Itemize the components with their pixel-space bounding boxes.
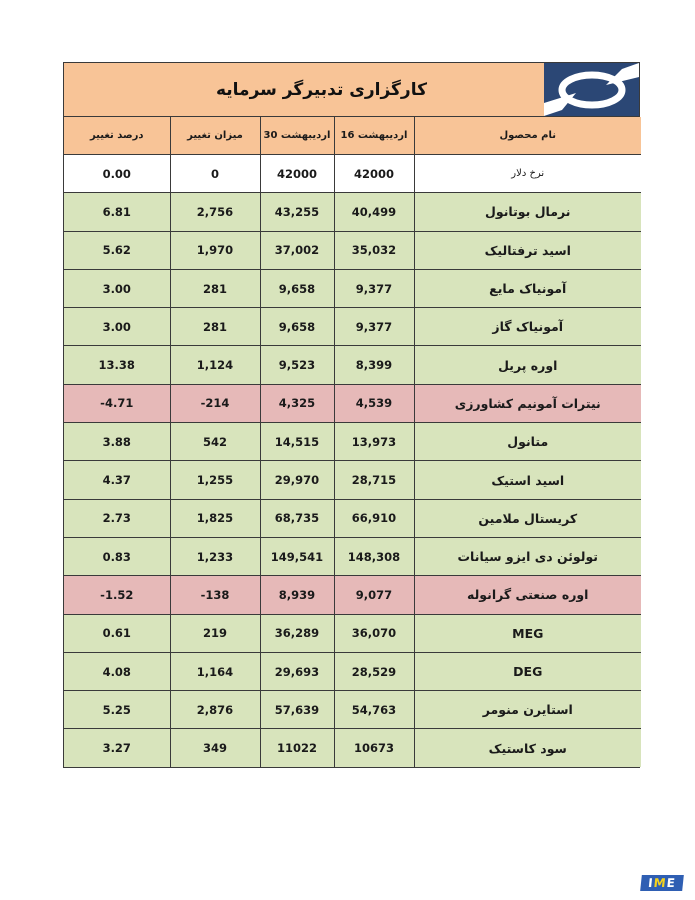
amount-change-cell: 2,756: [170, 193, 260, 231]
tadbirgar-logo-icon: [544, 63, 639, 116]
col-product-name: نام محصول: [414, 117, 641, 155]
percent-change-cell: 6.81: [64, 193, 170, 231]
price-date-16-cell: 42000: [334, 155, 414, 193]
amount-change-cell: 281: [170, 308, 260, 346]
amount-change-cell: 1,825: [170, 499, 260, 537]
product-name-cell: اوره پریل: [414, 346, 641, 384]
percent-change-cell: 0.83: [64, 537, 170, 575]
price-date-30-cell: 9,523: [260, 346, 334, 384]
table-row: -4.71-2144,3254,539نیترات آمونیم کشاورزی: [64, 384, 641, 422]
amount-change-cell: 1,233: [170, 537, 260, 575]
price-table: درصد تغییر میزان تغییر اردیبهشت 30 اردیب…: [64, 117, 641, 767]
table-row: 3.273491102210673سود کاستیک: [64, 729, 641, 767]
table-row: 0.831,233149,541148,308تولوئن دی ایزو سی…: [64, 537, 641, 575]
price-date-16-cell: 8,399: [334, 346, 414, 384]
table-row: 0.0004200042000نرخ دلار: [64, 155, 641, 193]
percent-change-cell: 3.00: [64, 269, 170, 307]
price-date-30-cell: 8,939: [260, 576, 334, 614]
amount-change-cell: -214: [170, 384, 260, 422]
percent-change-cell: 0.00: [64, 155, 170, 193]
percent-change-cell: 2.73: [64, 499, 170, 537]
table-row: 13.381,1249,5238,399اوره پریل: [64, 346, 641, 384]
col-amount-change: میزان تغییر: [170, 117, 260, 155]
product-name-cell: سود کاستیک: [414, 729, 641, 767]
amount-change-cell: 281: [170, 269, 260, 307]
price-date-16-cell: 54,763: [334, 691, 414, 729]
percent-change-cell: -1.52: [64, 576, 170, 614]
price-date-30-cell: 11022: [260, 729, 334, 767]
price-date-16-cell: 40,499: [334, 193, 414, 231]
percent-change-cell: 4.08: [64, 652, 170, 690]
price-date-30-cell: 29,693: [260, 652, 334, 690]
table-row: 3.8854214,51513,973متانول: [64, 423, 641, 461]
price-date-30-cell: 57,639: [260, 691, 334, 729]
col-date-16: اردیبهشت 16: [334, 117, 414, 155]
product-name-cell: استایرن منومر: [414, 691, 641, 729]
table-row: 3.002819,6589,377آمونیاک مایع: [64, 269, 641, 307]
price-date-30-cell: 68,735: [260, 499, 334, 537]
product-name-cell: اسید ترفتالیک: [414, 231, 641, 269]
amount-change-cell: 542: [170, 423, 260, 461]
price-date-16-cell: 148,308: [334, 537, 414, 575]
price-date-30-cell: 42000: [260, 155, 334, 193]
price-date-16-cell: 35,032: [334, 231, 414, 269]
amount-change-cell: 1,970: [170, 231, 260, 269]
price-date-16-cell: 28,715: [334, 461, 414, 499]
price-date-16-cell: 36,070: [334, 614, 414, 652]
price-date-30-cell: 29,970: [260, 461, 334, 499]
product-name-cell: متانول: [414, 423, 641, 461]
percent-change-cell: 3.27: [64, 729, 170, 767]
amount-change-cell: 219: [170, 614, 260, 652]
price-date-16-cell: 4,539: [334, 384, 414, 422]
price-date-30-cell: 36,289: [260, 614, 334, 652]
percent-change-cell: 13.38: [64, 346, 170, 384]
price-date-16-cell: 28,529: [334, 652, 414, 690]
price-date-16-cell: 9,077: [334, 576, 414, 614]
col-percent-change: درصد تغییر: [64, 117, 170, 155]
amount-change-cell: 1,124: [170, 346, 260, 384]
product-name-cell: آمونیاک گاز: [414, 308, 641, 346]
amount-change-cell: 2,876: [170, 691, 260, 729]
percent-change-cell: 0.61: [64, 614, 170, 652]
amount-change-cell: 1,255: [170, 461, 260, 499]
table-row: 5.621,97037,00235,032اسید ترفتالیک: [64, 231, 641, 269]
percent-change-cell: 3.88: [64, 423, 170, 461]
product-name-cell: نیترات آمونیم کشاورزی: [414, 384, 641, 422]
price-date-16-cell: 13,973: [334, 423, 414, 461]
price-date-16-cell: 66,910: [334, 499, 414, 537]
price-date-16-cell: 10673: [334, 729, 414, 767]
table-row: 5.252,87657,63954,763استایرن منومر: [64, 691, 641, 729]
amount-change-cell: 1,164: [170, 652, 260, 690]
column-header-row: درصد تغییر میزان تغییر اردیبهشت 30 اردیب…: [64, 117, 641, 155]
price-date-16-cell: 9,377: [334, 269, 414, 307]
price-date-30-cell: 9,658: [260, 269, 334, 307]
ime-letter-e: E: [666, 876, 677, 890]
table-row: 4.081,16429,69328,529DEG: [64, 652, 641, 690]
percent-change-cell: 3.00: [64, 308, 170, 346]
product-name-cell: آمونیاک مایع: [414, 269, 641, 307]
amount-change-cell: 349: [170, 729, 260, 767]
price-date-30-cell: 4,325: [260, 384, 334, 422]
table-row: 2.731,82568,73566,910کریستال ملامین: [64, 499, 641, 537]
product-name-cell: کریستال ملامین: [414, 499, 641, 537]
product-name-cell: تولوئن دی ایزو سیانات: [414, 537, 641, 575]
product-name-cell: اوره صنعتی گرانوله: [414, 576, 641, 614]
price-date-30-cell: 9,658: [260, 308, 334, 346]
price-date-30-cell: 43,255: [260, 193, 334, 231]
amount-change-cell: 0: [170, 155, 260, 193]
price-date-16-cell: 9,377: [334, 308, 414, 346]
percent-change-cell: 5.25: [64, 691, 170, 729]
percent-change-cell: 4.37: [64, 461, 170, 499]
ime-watermark-logo: IME: [640, 875, 684, 891]
product-name-cell: نرمال بوتانول: [414, 193, 641, 231]
price-table-sheet: کارگزاری تدبیرگر سرمایه درصد تغییر میزان…: [63, 62, 640, 768]
table-row: -1.52-1388,9399,077اوره صنعتی گرانوله: [64, 576, 641, 614]
product-name-cell: DEG: [414, 652, 641, 690]
percent-change-cell: -4.71: [64, 384, 170, 422]
price-date-30-cell: 14,515: [260, 423, 334, 461]
table-row: 6.812,75643,25540,499نرمال بوتانول: [64, 193, 641, 231]
amount-change-cell: -138: [170, 576, 260, 614]
product-name-cell: MEG: [414, 614, 641, 652]
table-row: 0.6121936,28936,070MEG: [64, 614, 641, 652]
product-name-cell: اسید استیک: [414, 461, 641, 499]
percent-change-cell: 5.62: [64, 231, 170, 269]
col-date-30: اردیبهشت 30: [260, 117, 334, 155]
price-date-30-cell: 149,541: [260, 537, 334, 575]
product-name-cell: نرخ دلار: [414, 155, 641, 193]
table-row: 4.371,25529,97028,715اسید استیک: [64, 461, 641, 499]
price-date-30-cell: 37,002: [260, 231, 334, 269]
table-row: 3.002819,6589,377آمونیاک گاز: [64, 308, 641, 346]
title-bar: کارگزاری تدبیرگر سرمایه: [64, 63, 639, 117]
page-title: کارگزاری تدبیرگر سرمایه: [216, 80, 427, 100]
